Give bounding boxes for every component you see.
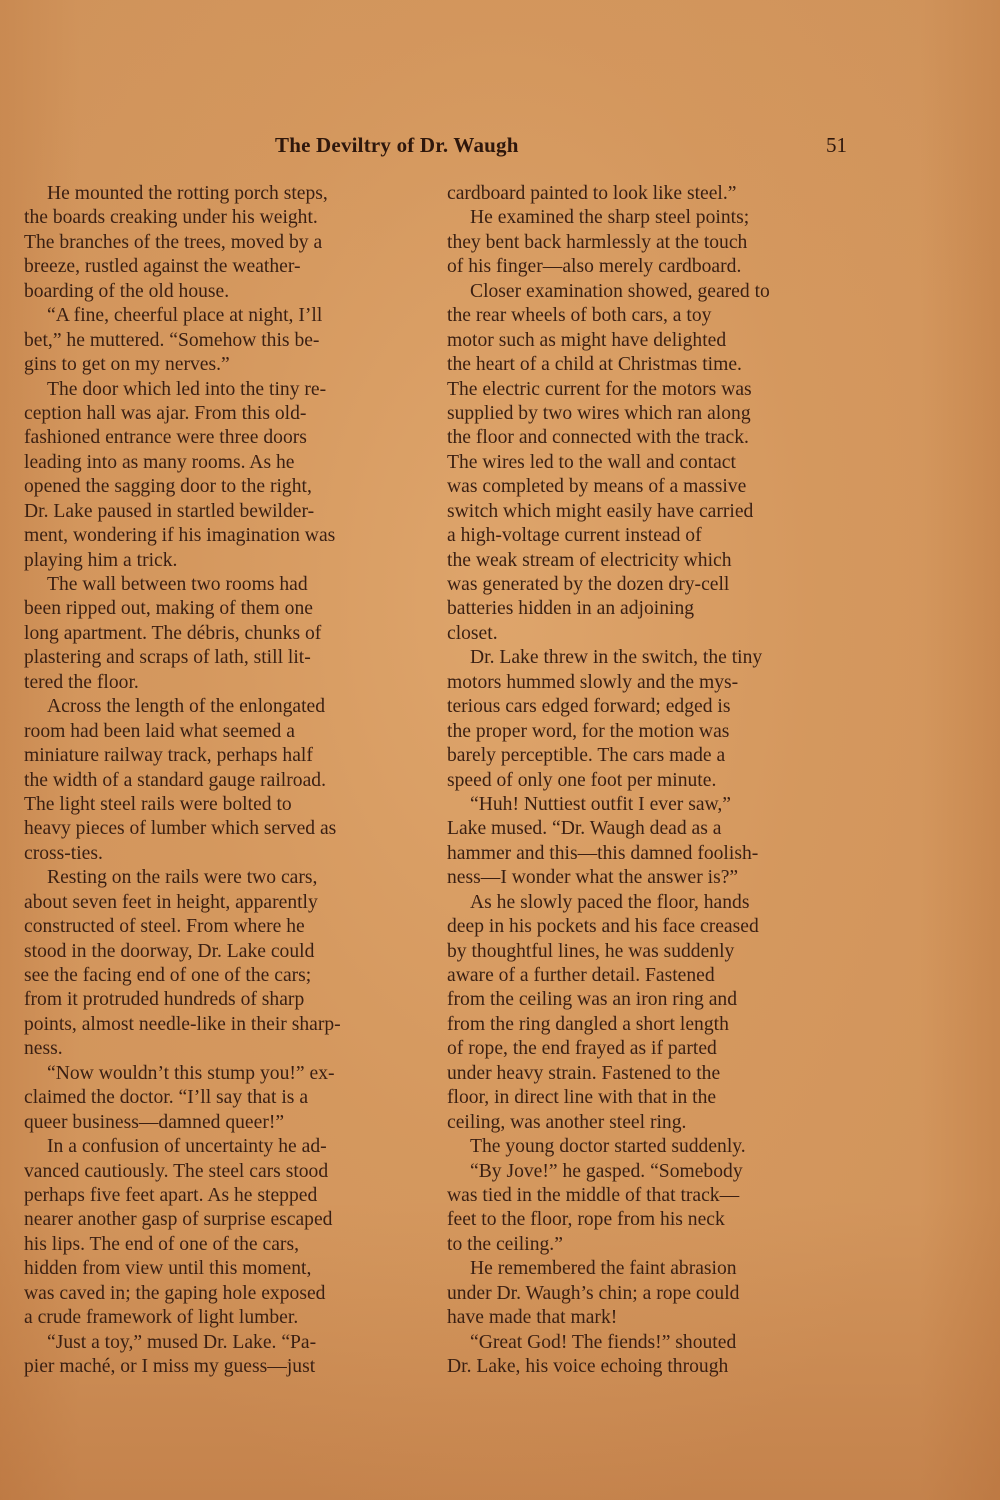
text-line: opened the sagging door to the right, xyxy=(24,475,425,499)
text-line: Resting on the rails were two cars, xyxy=(24,866,425,890)
text-line: queer business—damned queer!” xyxy=(24,1111,425,1135)
text-line: pier maché, or I miss my guess—just xyxy=(24,1355,425,1379)
text-line: the proper word, for the motion was xyxy=(447,720,848,744)
text-line: the weak stream of electricity which xyxy=(447,549,848,573)
text-line: speed of only one foot per minute. xyxy=(447,769,848,793)
text-line: ment, wondering if his imagination was xyxy=(24,524,425,548)
text-line: points, almost needle-like in their shar… xyxy=(24,1013,425,1037)
text-line: motor such as might have delighted xyxy=(447,329,848,353)
running-title: The Deviltry of Dr. Waugh xyxy=(275,133,519,158)
text-line: was generated by the dozen dry-cell xyxy=(447,573,848,597)
text-line: bet,” he muttered. “Somehow this be- xyxy=(24,329,425,353)
text-line: switch which might easily have carried xyxy=(447,500,848,524)
text-line: under heavy strain. Fastened to the xyxy=(447,1062,848,1086)
text-line: Dr. Lake threw in the switch, the tiny xyxy=(447,646,848,670)
text-line: miniature railway track, perhaps half xyxy=(24,744,425,768)
text-line: claimed the doctor. “I’ll say that is a xyxy=(24,1086,425,1110)
text-line: gins to get on my nerves.” xyxy=(24,353,425,377)
text-line: terious cars edged forward; edged is xyxy=(447,695,848,719)
text-line: floor, in direct line with that in the xyxy=(447,1086,848,1110)
text-line: was tied in the middle of that track— xyxy=(447,1184,848,1208)
text-line: Dr. Lake, his voice echoing through xyxy=(447,1355,848,1379)
text-line: tered the floor. xyxy=(24,671,425,695)
text-line: “Great God! The fiends!” shouted xyxy=(447,1331,848,1355)
text-line: his lips. The end of one of the cars, xyxy=(24,1233,425,1257)
text-line: cross-ties. xyxy=(24,842,425,866)
text-line: “Now wouldn’t this stump you!” ex- xyxy=(24,1062,425,1086)
text-line: The wall between two rooms had xyxy=(24,573,425,597)
text-line: under Dr. Waugh’s chin; a rope could xyxy=(447,1282,848,1306)
text-line: ness—I wonder what the answer is?” xyxy=(447,866,848,890)
text-line: breeze, rustled against the weather- xyxy=(24,255,425,279)
text-line: to the ceiling.” xyxy=(447,1233,848,1257)
text-line: have made that mark! xyxy=(447,1306,848,1330)
text-line: He examined the sharp steel points; xyxy=(447,206,848,230)
text-line: barely perceptible. The cars made a xyxy=(447,744,848,768)
page-number: 51 xyxy=(826,133,847,158)
text-line: was caved in; the gaping hole exposed xyxy=(24,1282,425,1306)
text-line: from the ceiling was an iron ring and xyxy=(447,988,848,1012)
text-line: As he slowly paced the floor, hands xyxy=(447,891,848,915)
text-line: been ripped out, making of them one xyxy=(24,597,425,621)
text-line: Dr. Lake paused in startled bewilder- xyxy=(24,500,425,524)
text-line: a crude framework of light lumber. xyxy=(24,1306,425,1330)
text-line: Closer examination showed, geared to xyxy=(447,280,848,304)
text-line: He remembered the faint abrasion xyxy=(447,1257,848,1281)
text-line: ceiling, was another steel ring. xyxy=(447,1111,848,1135)
page-header: The Deviltry of Dr. Waugh 51 xyxy=(0,133,1000,163)
text-line: long apartment. The débris, chunks of xyxy=(24,622,425,646)
text-line: by thoughtful lines, he was suddenly xyxy=(447,940,848,964)
text-line: heavy pieces of lumber which served as xyxy=(24,817,425,841)
text-line: leading into as many rooms. As he xyxy=(24,451,425,475)
text-line: see the facing end of one of the cars; xyxy=(24,964,425,988)
text-line: The light steel rails were bolted to xyxy=(24,793,425,817)
text-line: hidden from view until this moment, xyxy=(24,1257,425,1281)
text-line: The door which led into the tiny re- xyxy=(24,378,425,402)
text-line: boarding of the old house. xyxy=(24,280,425,304)
text-line: The wires led to the wall and contact xyxy=(447,451,848,475)
text-column-left: He mounted the rotting porch steps,the b… xyxy=(24,182,425,1379)
text-line: ception hall was ajar. From this old- xyxy=(24,402,425,426)
text-line: “Just a toy,” mused Dr. Lake. “Pa- xyxy=(24,1331,425,1355)
text-line: about seven feet in height, apparently xyxy=(24,891,425,915)
text-line: from it protruded hundreds of sharp xyxy=(24,988,425,1012)
text-line: the boards creaking under his weight. xyxy=(24,206,425,230)
text-line: of his finger—also merely cardboard. xyxy=(447,255,848,279)
text-line: of rope, the end frayed as if parted xyxy=(447,1037,848,1061)
text-line: stood in the doorway, Dr. Lake could xyxy=(24,940,425,964)
text-line: Lake mused. “Dr. Waugh dead as a xyxy=(447,817,848,841)
text-line: The branches of the trees, moved by a xyxy=(24,231,425,255)
text-line: supplied by two wires which ran along xyxy=(447,402,848,426)
text-line: In a confusion of uncertainty he ad- xyxy=(24,1135,425,1159)
text-line: feet to the floor, rope from his neck xyxy=(447,1208,848,1232)
text-line: from the ring dangled a short length xyxy=(447,1013,848,1037)
text-line: aware of a further detail. Fastened xyxy=(447,964,848,988)
text-line: a high-voltage current instead of xyxy=(447,524,848,548)
text-line: the rear wheels of both cars, a toy xyxy=(447,304,848,328)
text-line: The electric current for the motors was xyxy=(447,378,848,402)
text-line: closet. xyxy=(447,622,848,646)
text-line: constructed of steel. From where he xyxy=(24,915,425,939)
text-line: ness. xyxy=(24,1037,425,1061)
text-line: “A fine, cheerful place at night, I’ll xyxy=(24,304,425,328)
text-line: motors hummed slowly and the mys- xyxy=(447,671,848,695)
text-line: deep in his pockets and his face creased xyxy=(447,915,848,939)
text-line: hammer and this—this damned foolish- xyxy=(447,842,848,866)
text-line: He mounted the rotting porch steps, xyxy=(24,182,425,206)
text-line: “Huh! Nuttiest outfit I ever saw,” xyxy=(447,793,848,817)
text-line: vanced cautiously. The steel cars stood xyxy=(24,1160,425,1184)
text-column-right: cardboard painted to look like steel.”He… xyxy=(447,182,848,1379)
text-line: plastering and scraps of lath, still lit… xyxy=(24,646,425,670)
text-line: the width of a standard gauge railroad. xyxy=(24,769,425,793)
text-line: room had been laid what seemed a xyxy=(24,720,425,744)
text-line: batteries hidden in an adjoining xyxy=(447,597,848,621)
text-line: cardboard painted to look like steel.” xyxy=(447,182,848,206)
text-line: the floor and connected with the track. xyxy=(447,426,848,450)
text-line: Across the length of the enlongated xyxy=(24,695,425,719)
text-line: fashioned entrance were three doors xyxy=(24,426,425,450)
text-line: they bent back harmlessly at the touch xyxy=(447,231,848,255)
text-line: was completed by means of a massive xyxy=(447,475,848,499)
text-line: the heart of a child at Christmas time. xyxy=(447,353,848,377)
text-line: perhaps five feet apart. As he stepped xyxy=(24,1184,425,1208)
text-line: The young doctor started suddenly. xyxy=(447,1135,848,1159)
text-line: playing him a trick. xyxy=(24,549,425,573)
text-line: “By Jove!” he gasped. “Somebody xyxy=(447,1160,848,1184)
text-line: nearer another gasp of surprise escaped xyxy=(24,1208,425,1232)
